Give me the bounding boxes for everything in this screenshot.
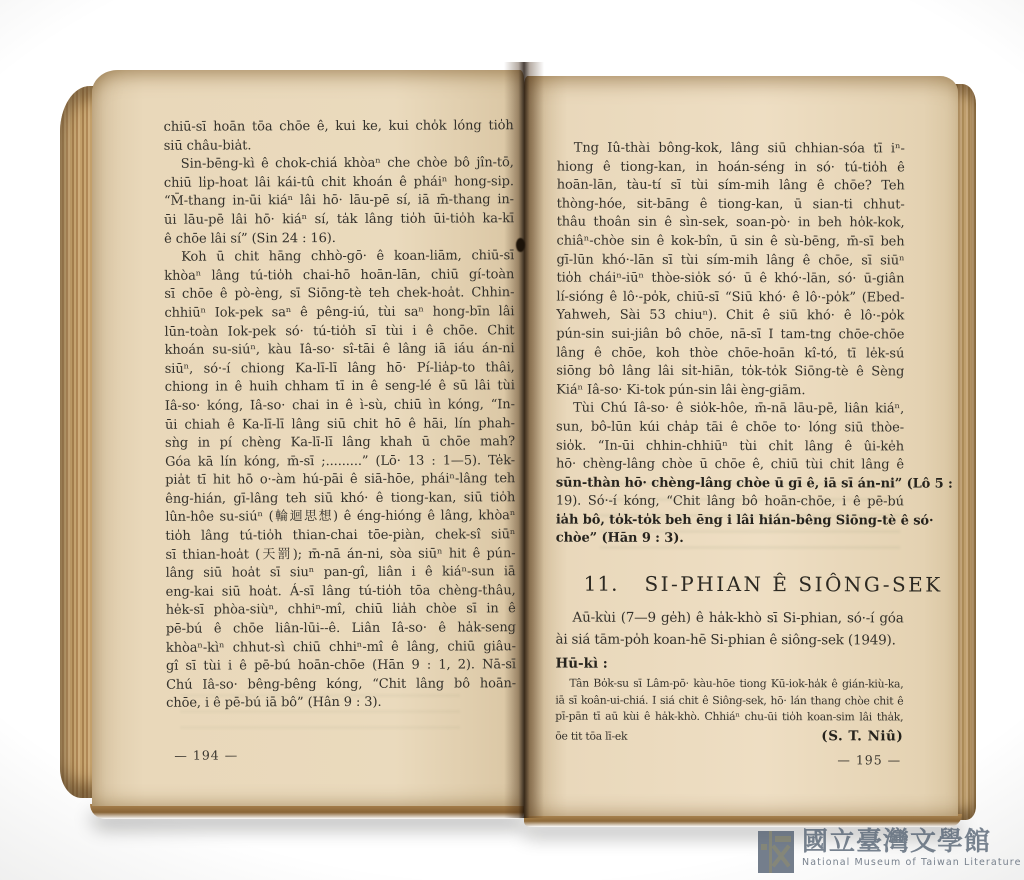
footnote: Tân Bo̍k-su sī Lâm-pō· kàu-hōe tiong Kū-… [555, 676, 903, 726]
text-line: pī-pān tī aū kùi ê ha̍k-khò. Chhiáⁿ chu-… [555, 709, 903, 726]
text-line: Chú Iâ-so· bêng-bêng kóng, “Chit lâng bô… [166, 675, 516, 695]
text-line: chiū li̍p-hoat lâi kái-tû chit khoán ê p… [164, 173, 514, 193]
text-line: ài siá tām-po̍h koan-hē Si-phian ê siông… [555, 629, 903, 652]
text-line: lí-sióng ê lô·-po̍k, chiū-sī “Siū khó· ê… [556, 288, 904, 308]
text-line: tio̍h lâng tú-tio̍h thian-chai tōe-piàn,… [165, 526, 515, 546]
text-line: gī-lūn khó·-lān sī tùi sím-mih lâng ê ch… [556, 251, 904, 271]
text-line: ūi lāu-pē lâi hō· kiáⁿ sí, ta̍k lâng tio… [164, 210, 514, 230]
footnote-last-row: ōe tit tōa lī-ek (S. T. Niû) [555, 727, 903, 744]
text-line: he̍k-sī phòa-siùⁿ, chhiⁿ-mî, chiū lia̍h … [166, 601, 516, 621]
text-line: Tân Bo̍k-su sī Lâm-pō· kàu-hōe tiong Kū-… [555, 676, 903, 693]
text-line: eng-kai siū hoa̍t. Á-sī lâng tú-tio̍h tō… [166, 582, 516, 602]
text-line: Yahweh, Sài 53 chiuⁿ). Chit ê siū khó· ê… [556, 307, 904, 327]
open-book: chiū-sī hoān tōa chōe ê, kui ke, kui cho… [60, 62, 976, 822]
text-line: chiâⁿ-chòe sin ê kok-bîn, ū sin ê sù-bēn… [557, 233, 905, 253]
section-number: 11. [584, 572, 619, 596]
text-line: siūⁿ, só·-í chiong Ka-lī-lī lâng hō· Pí-… [165, 359, 515, 379]
text-line: ūi chiah ê Ka-lī-lī lâng siū chit hō ê h… [165, 415, 515, 435]
text-line: ê chōe lâi sí” (Sin 24 : 16). [164, 229, 514, 249]
text-line: Iâ-so· kóng, Iâ-so· chai in ê ì-sù, chiū… [165, 396, 515, 416]
text-line: tio̍h cháiⁿ-iūⁿ thòe-sio̍k só· ū ê khó·-… [556, 270, 904, 290]
text-line: chiong in ê huih chham tī in ê seng-lé ê… [165, 378, 515, 398]
text-line: sǹg in pí chèng Ka-lī-lī lâng khah ū chō… [165, 433, 515, 453]
right-page-body: Tng Iû-thài bông-kok, lâng siū chhian-só… [556, 140, 905, 550]
text-line: chhiūⁿ Iok-pek saⁿ ê pêng-iú, tùi saⁿ ho… [164, 303, 514, 323]
text-line: sī chōe ê pò-èng, sī Siōng-tè teh chek-h… [164, 285, 514, 305]
text-line: 19). Só·-í kóng, “Chit lâng bô hoān-chōe… [556, 493, 904, 513]
watermark-title: 國立臺灣文學館 [802, 828, 1022, 856]
text-line: chòe” (Hān 9 : 3). [556, 530, 904, 550]
text-line: sio̍k. “In-ūi chhin-chhiūⁿ tùi chi̍t lân… [556, 437, 904, 457]
footnote-label: Hū-kì : [555, 656, 903, 673]
left-bottom-page-edge [90, 804, 524, 819]
text-line: hō· chèng-lâng chòe ū chōe ê, chiū tùi c… [556, 456, 904, 476]
text-line: hoān-lān, tàu-tí sī tùi sím-mih lâng ê c… [557, 177, 905, 197]
text-line: pē-bú ê chōe liân-lūi--ê. Liân Iâ-so· ê … [166, 619, 516, 639]
museum-watermark: 國立臺灣文學館 National Museum of Taiwan Litera… [758, 828, 1018, 878]
left-page-body: chiū-sī hoān tōa chōe ê, kui ke, kui cho… [164, 117, 517, 714]
text-line: hiong ê tiong-kan, in hoán-séng in só· t… [557, 158, 905, 178]
text-line: ia̍h bô, to̍k-to̍k beh ēng i lâi hián-bê… [556, 511, 904, 531]
text-line: Tùi Chú Iâ-so· ê sio̍k-hôe, m̄-nā lāu-pē… [556, 400, 904, 420]
watermark-text: 國立臺灣文學館 National Museum of Taiwan Litera… [802, 828, 1022, 868]
text-line: Aū-kùi (7—9 ge̍h) ê ha̍k-khò sī Si-phian… [556, 607, 904, 630]
text-line: chōe, i ê pē-bú iā bô” (Hân 9 : 3). [166, 694, 516, 714]
text-line: khòaⁿ-kìⁿ chhut-sì chiū chhiⁿ-mî ê lâng,… [166, 638, 516, 658]
text-line: pún-sin sui-jiân bô chōe, nā-sī I tam-tn… [556, 325, 904, 345]
text-line: êng-hián, gī-lâng teh siū khó· ê tiong-k… [165, 489, 515, 509]
text-line: thòng-hóe, sit-bāng ê tiong-kan, ū sian-… [557, 195, 905, 215]
text-line: sūn-thàn hō· chèng-lâng chòe ū gī ê, iā … [556, 474, 904, 494]
section-title: SI-PHIAN Ê SIÔNG-SEK [644, 572, 942, 597]
text-line: Tng Iû-thài bông-kok, lâng siū chhian-só… [557, 140, 905, 160]
text-line: thâu thoân sin ê sìn-sek, soan-pò· in be… [557, 214, 905, 234]
text-line: khòaⁿ lâng tú-tio̍h chai-hō hoān-lān, ch… [164, 266, 514, 286]
photo-background: chiū-sī hoān tōa chōe ê, kui ke, kui cho… [0, 0, 1024, 880]
right-page-text: Tng Iû-thài bông-kok, lâng siū chhian-só… [555, 140, 905, 767]
text-line: Kiáⁿ Iâ-so· Ki-tok pún-sin lâi èng-giām. [556, 381, 904, 401]
text-line: sun, bô-lūn kúi cha̍p tāi ê chōe to· lón… [556, 418, 904, 438]
museum-logo-icon [758, 831, 794, 873]
text-line: sī thian-hoa̍t (天罰); m̄-nā án-ni, sòa si… [165, 545, 515, 565]
text-line: siū châu-bia̍t. [164, 136, 514, 156]
text-line: pia̍t tī hit hō o·-àm hú-pāi ê siā-hōe, … [165, 471, 515, 491]
text-line: Góa kā lín kóng, m̄-sī ;.........” (Lō· … [165, 452, 515, 472]
text-line: khoán su-siúⁿ, kàu Iâ-so· sî-tāi ê lâng … [165, 340, 515, 360]
text-line: iā sī koân-ui-chiá. I siá chit ê Siông-s… [555, 692, 903, 709]
text-line: Koh ū chit hāng chhò-gō· ê koan-liām, ch… [164, 247, 514, 267]
section-intro: Aū-kùi (7—9 ge̍h) ê ha̍k-khò sī Si-phian… [555, 607, 903, 652]
footnote-last-line: ōe tit tōa lī-ek [555, 729, 627, 742]
text-line: lâng ê chōe, koh thòe chōe-hoān kî-tó, t… [556, 344, 904, 364]
section-heading: 11.SI-PHIAN Ê SIÔNG-SEK [556, 569, 904, 600]
text-line: lâng siū hoa̍t sī siuⁿ pan-gî, liân i ê … [166, 563, 516, 583]
text-line: gî sī tùi i ê pē-bú hoān-chōe (Hān 9 : 1… [166, 656, 516, 676]
text-line: chiū-sī hoān tōa chōe ê, kui ke, kui cho… [164, 117, 514, 137]
text-line: lūn-toàn Iok-pek só· tú-tio̍h sī tùi i ê… [164, 322, 514, 342]
page-number-right: — 195 — [555, 751, 903, 767]
watermark-subtitle: National Museum of Taiwan Literature [802, 857, 1022, 868]
left-page-text: chiū-sī hoān tōa chōe ê, kui ke, kui cho… [164, 117, 517, 763]
text-line: siōng bô lâng lâi si̍t-hiān, to̍k-to̍k S… [556, 363, 904, 383]
text-line: lûn-hôe su-siúⁿ (輪迴思想) ê éng-hióng ê lân… [165, 508, 515, 528]
page-number-left: — 194 — [166, 746, 516, 763]
author-signature: (S. T. Niû) [821, 728, 903, 744]
binding-dot [516, 238, 525, 252]
text-line: “M̄-thang in-ūi kiáⁿ lâi hō· lāu-pē sí, … [164, 192, 514, 212]
text-line: Sin-bēng-kì ê chok-chiá khòaⁿ che chòe b… [164, 154, 514, 174]
